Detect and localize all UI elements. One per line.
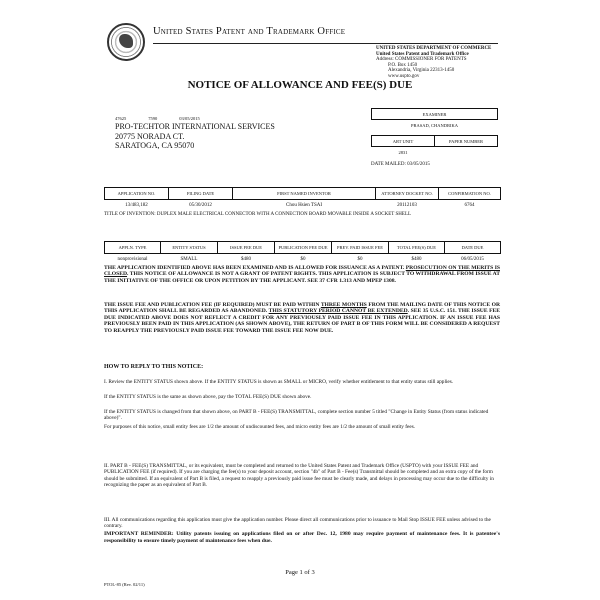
uspto-seal-icon (107, 23, 145, 61)
reply-item: I. Review the ENTITY STATUS shown above.… (104, 379, 500, 385)
application-table: APPLICATION NO. FILING DATE FIRST NAMED … (104, 187, 501, 209)
reply-item: If the ENTITY STATUS is changed from tha… (104, 409, 500, 422)
prev-paid-issue-fee: $0 (332, 254, 389, 264)
addressee-line: SARATOGA, CA 95070 (115, 141, 275, 151)
art-unit-value: 2831 (371, 150, 435, 155)
page-title: NOTICE OF ALLOWANCE AND FEE(S) DUE (0, 79, 600, 91)
underlined-text: THIS STATUTORY PERIOD CANNOT BE EXTENDED (269, 308, 408, 314)
form-number: PTOL-85 (Rev. 02/11) (104, 582, 145, 587)
publication-fee-due: $0 (275, 254, 332, 264)
examiner-name: PRASAD, CHANDRIKA (371, 123, 498, 128)
allowance-paragraph: THE APPLICATION IDENTIFIED ABOVE HAS BEE… (104, 265, 500, 284)
dept-line: UNITED STATES DEPARTMENT OF COMMERCE (376, 46, 491, 52)
reply-item: III. All communications regarding this a… (104, 517, 500, 530)
table-header: ATTORNEY DOCKET NO. (376, 188, 439, 200)
examiner-label: EXAMINER (371, 108, 498, 120)
underlined-text: THREE MONTHS (321, 302, 367, 308)
application-type: nonprovisional (105, 254, 161, 264)
fee-paragraph: THE ISSUE FEE AND PUBLICATION FEE (IF RE… (104, 302, 500, 334)
date-mailed: DATE MAILED: 03/05/2015 (371, 162, 430, 167)
table-header: FIRST NAMED INVENTOR (233, 188, 376, 200)
reply-item: If the ENTITY STATUS is the same as show… (104, 394, 500, 400)
page-number: Page 1 of 3 (0, 569, 600, 576)
text: THE APPLICATION IDENTIFIED ABOVE HAS BEE… (104, 265, 406, 271)
important-reminder: IMPORTANT REMINDER: Utility patents issu… (104, 531, 500, 544)
application-number: 13/483,182 (105, 200, 169, 210)
issue-fee-due: $480 (218, 254, 275, 264)
table-row: 13/483,182 05/30/2012 Chou Hsien TSAI 20… (105, 200, 501, 210)
department-address: UNITED STATES DEPARTMENT OF COMMERCE Uni… (376, 46, 491, 80)
invention-title: TITLE OF INVENTION: DUPLEX MALE ELECTRIC… (104, 212, 411, 217)
addressee-line: 20775 NORADA CT. (115, 132, 275, 142)
org-title: United States Patent and Trademark Offic… (153, 26, 345, 37)
table-header: CONFIRMATION NO. (439, 188, 501, 200)
reply-item: For purposes of this notice, small entit… (104, 424, 500, 430)
filing-date: 05/30/2012 (169, 200, 233, 210)
addressee-line: PRO-TECHTOR INTERNATIONAL SERVICES (115, 122, 275, 132)
total-fees-due: $480 (389, 254, 445, 264)
table-header: ISSUE FEE DUE (218, 242, 275, 254)
attorney-docket-number: 20112103 (376, 200, 439, 210)
date-due: 06/05/2015 (445, 254, 501, 264)
mailing-codes: 47625 7590 03/05/2015 (115, 116, 200, 121)
table-header: APPLICATION NO. (105, 188, 169, 200)
table-header: FILING DATE (169, 188, 233, 200)
code: 7590 (148, 116, 157, 121)
table-row: nonprovisional SMALL $480 $0 $0 $480 06/… (105, 254, 501, 264)
table-header: DATE DUE (445, 242, 501, 254)
code: 03/05/2015 (179, 116, 200, 121)
art-unit-label: ART UNIT (371, 135, 435, 147)
paper-number-label: PAPER NUMBER (434, 135, 498, 147)
text: THE ISSUE FEE AND PUBLICATION FEE (IF RE… (104, 302, 321, 308)
addressee: PRO-TECHTOR INTERNATIONAL SERVICES 20775… (115, 122, 275, 151)
entity-status: SMALL (161, 254, 218, 264)
first-named-inventor: Chou Hsien TSAI (233, 200, 376, 210)
code: 47625 (115, 116, 126, 121)
table-header: TOTAL FEE(S) DUE (389, 242, 445, 254)
reply-item: II. PART B - FEE(S) TRANSMITTAL, or its … (104, 463, 500, 488)
header-divider (153, 43, 498, 44)
table-header: APPLN. TYPE (105, 242, 161, 254)
fee-table: APPLN. TYPE ENTITY STATUS ISSUE FEE DUE … (104, 241, 501, 263)
confirmation-number: 6764 (439, 200, 501, 210)
eagle-icon (119, 34, 133, 48)
text: . THIS NOTICE OF ALLOWANCE IS NOT A GRAN… (104, 271, 500, 283)
how-to-reply-heading: HOW TO REPLY TO THIS NOTICE: (104, 364, 203, 370)
table-header: ENTITY STATUS (161, 242, 218, 254)
table-header: PUBLICATION FEE DUE (275, 242, 332, 254)
table-header: PREV. PAID ISSUE FEE (332, 242, 389, 254)
